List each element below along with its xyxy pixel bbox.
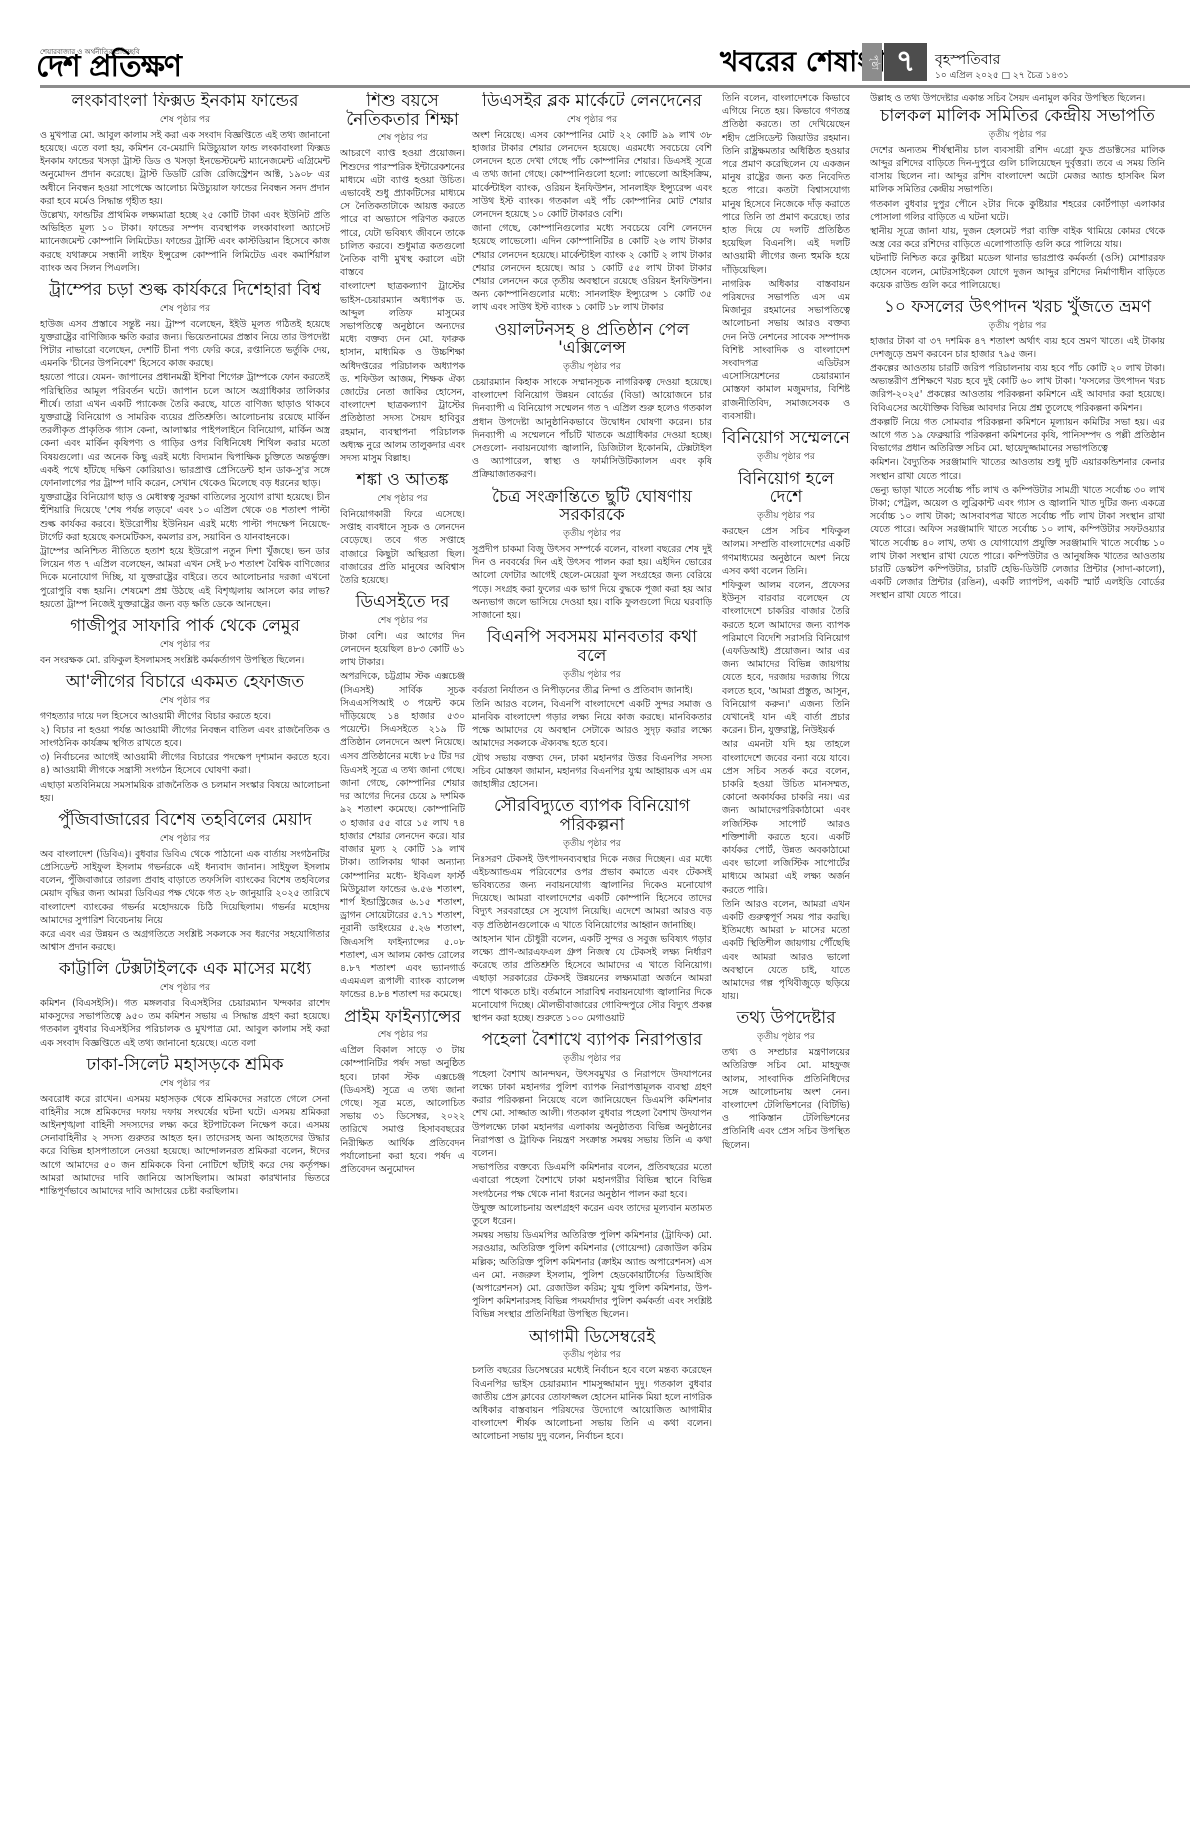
continuation-label: শেষ পৃষ্ঠার পর xyxy=(40,637,330,652)
paragraph: ও মুখপাত্র মো. আবুল কালাম সই করা এক সংবা… xyxy=(40,129,330,208)
article-investment-jobs[interactable]: বিনিয়োগ হলে দেশে তৃতীয় পৃষ্ঠার পর করছে… xyxy=(722,470,850,1004)
article-next-december[interactable]: আগামী ডিসেম্বরেই তৃতীয় পৃষ্ঠার পর চলতি … xyxy=(472,1328,712,1444)
headline[interactable]: বিএনপি সবসময় মানবতার কথা বলে xyxy=(472,628,712,665)
paragraph: পহেলা বৈশাখ আনন্দঘন, উৎসবমুখর ও নিরাপদে … xyxy=(472,1068,712,1160)
column-mid-right: তিনি বলেন, বাংলাদেশকে কিভাবে এগিয়ে নিতে… xyxy=(722,92,850,1837)
continuation-label: তৃতীয় পৃষ্ঠার পর xyxy=(870,318,1165,333)
continuation-label: শেষ পৃষ্ঠার পর xyxy=(40,112,330,127)
continuation-label: তৃতীয় পৃষ্ঠার পর xyxy=(722,449,850,464)
continuation-label: তৃতীয় পৃষ্ঠার পর xyxy=(722,508,850,523)
headline[interactable]: চৈত্র সংক্রান্তিতে ছুটি ঘোষণায় সরকারকে xyxy=(472,488,712,525)
paragraph: জানা গেছে, কোম্পানিগুলোর মধ্যে সবচেয়ে ব… xyxy=(472,222,712,314)
article-body: তিনি বলেন, বাংলাদেশকে কিভাবে এগিয়ে নিতে… xyxy=(722,92,850,423)
article-body: টাকা বেশি। এর আগের দিন লেনদেন হয়েছিল ৪৮… xyxy=(340,630,465,1002)
headline[interactable]: শঙ্কা ও আতঙ্ক xyxy=(340,471,465,490)
paragraph: অবরোধ করে রাখেন। এসময় মহাসড়ক থেকে শ্রম… xyxy=(40,1093,330,1199)
headline[interactable]: পহেলা বৈশাখে ব্যাপক নিরাপত্তার xyxy=(472,1031,712,1050)
article-lankabangla[interactable]: লংকাবাংলা ফিক্সড ইনকাম ফান্ডের শেষ পৃষ্ঠ… xyxy=(40,92,330,275)
paragraph: শফিকুল আলম বলেন, প্রফেসর ইউনূস বারবার বল… xyxy=(722,579,850,737)
paragraph: হয়তো পারে। যেমন- জাপানের প্রধানমন্ত্রী … xyxy=(40,371,330,490)
article-body: তথ্য ও সম্প্রচার মন্ত্রণালয়ের অতিরিক্ত … xyxy=(722,1046,850,1152)
article-walton-excellence[interactable]: ওয়ালটনসহ ৪ প্রতিষ্ঠান পেল 'এক্সিলেন্স ত… xyxy=(472,321,712,482)
paragraph: চেয়ারম্যান কিহাক সাংকে সম্মানসূচক নাগরি… xyxy=(472,376,712,482)
paragraph: প্রকল্পের আওতায় চারটি জরিপ পরিচালনায় ব… xyxy=(870,362,1165,415)
headline[interactable]: কাট্টালি টেক্সটাইলকে এক মাসের মধ্যে xyxy=(40,960,330,979)
paragraph: চলতি বছরের ডিসেম্বরের মধ্যেই নির্বাচন হব… xyxy=(472,1364,712,1443)
continuation-label: তৃতীয় পৃষ্ঠার পর xyxy=(472,667,712,682)
paragraph: গণহত্যার দায়ে দল হিসেবে আওয়ামী লীগের ব… xyxy=(40,710,330,723)
article-solar-investment[interactable]: সৌরবিদ্যুতে ব্যাপক বিনিয়োগ পরিকল্পনা তৃ… xyxy=(472,797,712,1025)
issue-date: ১০ এপ্রিল ২০২৫ □ ২৭ চৈত্র ১৪৩১ xyxy=(935,68,1069,83)
paragraph: উল্লেখ্য, ফান্ডটির প্রাথমিক লক্ষ্যমাত্রা… xyxy=(40,209,330,275)
paragraph: এছাড়া মতবিনিময়ে সমসাময়িক রাজনৈতিক ও চ… xyxy=(40,779,330,805)
paragraph: কমিশন। বৈদ্যুতিক সরঞ্জামাদি খাতের আওতায়… xyxy=(870,456,1165,482)
paragraph: সুপ্রদীপ চাকমা বিজু উৎসব সম্পর্কে বলেন, … xyxy=(472,543,712,622)
paragraph: টাকা বেশি। এর আগের দিন লেনদেন হয়েছিল ৪৮… xyxy=(340,630,465,670)
paragraph: তথ্য ও সম্প্রচার মন্ত্রণালয়ের অতিরিক্ত … xyxy=(722,1046,850,1152)
article-hefazat[interactable]: আ'লীগের বিচারে একমত হেফাজত শেষ পৃষ্ঠার প… xyxy=(40,673,330,805)
continuation-label: তৃতীয় পৃষ্ঠার পর xyxy=(472,1347,712,1362)
continuation-label: তৃতীয় পৃষ্ঠার পর xyxy=(472,526,712,541)
headline[interactable]: প্রাইম ফাইন্যান্সের xyxy=(340,1008,465,1027)
lead-line: উল্লাহ ও তথ্য উপদেষ্টার একান্ত সচিব সৈয়… xyxy=(870,92,1165,105)
paragraph: ৩) নির্বাচনের আগেই আওয়ামী লীগের বিচারের… xyxy=(40,751,330,777)
article-body: নিঃসরণ টেকসই উৎপাদনব্যবস্থার দিকে নজর দি… xyxy=(472,853,712,1026)
paragraph: ঘটনাটি নিশ্চিত করে কুষ্টিয়া মডেল থানার … xyxy=(870,252,1165,292)
paragraph: এপ্রিল বিকাল সাড়ে ৩ টায় কোম্পানিটির পর… xyxy=(340,1044,465,1176)
page-label: পৃষ্ঠা xyxy=(862,43,882,81)
continuation-label: তৃতীয় পৃষ্ঠার পর xyxy=(472,836,712,851)
paragraph: যৌথ সভায় বক্তব্য দেন, ঢাকা মহানগর উত্তর… xyxy=(472,752,712,792)
newspaper-logo[interactable]: দেশ প্রতিক্ষণ xyxy=(36,52,181,82)
paragraph: অব বাংলাদেশ (ডিবিএ)। বুধবার ডিবিএ থেকে প… xyxy=(40,848,330,927)
article-bnp-humanity[interactable]: বিএনপি সবসময় মানবতার কথা বলে তৃতীয় পৃষ… xyxy=(472,628,712,791)
article-dse-block-market[interactable]: ডিএসইর ব্লক মার্কেটে লেনদেনের শেষ পৃষ্ঠা… xyxy=(472,92,712,315)
headline[interactable]: ডিএসইতে দর xyxy=(340,593,465,612)
article-capital-market-fund[interactable]: পুঁজিবাজারের বিশেষ তহবিলের মেয়াদ শেষ পৃ… xyxy=(40,811,330,954)
article-body: করছেন প্রেস সচিব শফিকুল আলম। সম্প্রতি বা… xyxy=(722,525,850,1003)
article-body: গণহত্যার দায়ে দল হিসেবে আওয়ামী লীগের ব… xyxy=(40,710,330,805)
headline[interactable]: লংকাবাংলা ফিক্সড ইনকাম ফান্ডের xyxy=(40,92,330,111)
article-body: হাজার টাকা বা ৩৭ দশমিক ৪৭ শতাংশ অর্থাৎ ব… xyxy=(870,335,1165,603)
continuation-label: শেষ পৃষ্ঠার পর xyxy=(340,130,465,145)
paragraph: আহসান খান চৌধুরী বলেন, একটি সুন্দর ও সবু… xyxy=(472,933,712,1025)
paragraph: আর এমনটা যদি হয় তাহলে বাংলাদেশে জবের বন… xyxy=(722,738,850,896)
paragraph: যুক্তরাষ্ট্রের বিনিয়োগ ছাড় ও মেধাস্বত্… xyxy=(40,491,330,544)
paragraph: হাউজ এসব প্রস্তাবে সন্তুষ্ট নয়। ট্রাম্প… xyxy=(40,318,330,371)
page-number: ৭ xyxy=(884,43,927,81)
paragraph: তিনি আরও বলেন, বিএনপি বাংলাদেশে একটি সুন… xyxy=(472,698,712,751)
article-body: চলতি বছরের ডিসেম্বরের মধ্যেই নির্বাচন হব… xyxy=(472,1364,712,1443)
headline[interactable]: বিনিয়োগ হলে দেশে xyxy=(722,470,850,507)
paragraph: করছেন প্রেস সচিব শফিকুল আলম। সম্প্রতি বা… xyxy=(722,525,850,578)
continuation-label: শেষ পৃষ্ঠার পর xyxy=(340,613,465,628)
article-kattali-textile[interactable]: কাট্টালি টেক্সটাইলকে এক মাসের মধ্যে শেষ … xyxy=(40,960,330,1050)
headline[interactable]: আ'লীগের বিচারে একমত হেফাজত xyxy=(40,673,330,692)
article-body: এপ্রিল বিকাল সাড়ে ৩ টায় কোম্পানিটির পর… xyxy=(340,1044,465,1176)
article-body: অব বাংলাদেশ (ডিবিএ)। বুধবার ডিবিএ থেকে প… xyxy=(40,848,330,955)
article-body: বর্বরতা নির্যাতন ও নিপীড়নের তীব্র নিন্দ… xyxy=(472,684,712,792)
paragraph: করে এবং এর উন্নয়ন ও অগ্রগতিতে সংশ্লিষ্ট… xyxy=(40,928,330,954)
article-chaitra-holiday[interactable]: চৈত্র সংক্রান্তিতে ছুটি ঘোষণায় সরকারকে … xyxy=(472,488,712,623)
continuation-label: তৃতীয় পৃষ্ঠার পর xyxy=(472,359,712,374)
headline[interactable]: সৌরবিদ্যুতে ব্যাপক বিনিয়োগ পরিকল্পনা xyxy=(472,797,712,834)
article-body: চেয়ারম্যান কিহাক সাংকে সম্মানসূচক নাগরি… xyxy=(472,376,712,482)
continuation-label: শেষ পৃষ্ঠার পর xyxy=(40,693,330,708)
article-body: অংশ নিয়েছে। এসব কোম্পানির মোট ২২ কোটি ৯… xyxy=(472,129,712,315)
continuation-label: তৃতীয় পৃষ্ঠার পর xyxy=(472,1051,712,1066)
article-rice-mill-owners[interactable]: উল্লাহ ও তথ্য উপদেষ্টার একান্ত সচিব সৈয়… xyxy=(870,92,1165,292)
article-trump-tariff[interactable]: ট্রাম্পের চড়া শুল্ক কার্যকরে দিশেহারা ব… xyxy=(40,281,330,611)
article-body: আচরণে ব্যাপ্ত হওয়া প্রয়োজন। শিশুদের পা… xyxy=(340,147,465,465)
headline[interactable]: চালকল মালিক সমিতির কেন্দ্রীয় সভাপতি xyxy=(870,107,1165,126)
headline[interactable]: আগামী ডিসেম্বরেই xyxy=(472,1328,712,1347)
paragraph: আচরণে ব্যাপ্ত হওয়া প্রয়োজন। শিশুদের পা… xyxy=(340,147,465,279)
paragraph: হাজার টাকা বা ৩৭ দশমিক ৪৭ শতাংশ অর্থাৎ ব… xyxy=(870,335,1165,361)
article-safari-park[interactable]: গাজীপুর সাফারি পার্ক থেকে লেমুর শেষ পৃষ্… xyxy=(40,617,330,667)
column-center: ডিএসইর ব্লক মার্কেটে লেনদেনের শেষ পৃষ্ঠা… xyxy=(472,92,712,1837)
paragraph: ভেন্যু ভাড়া খাতে সর্বোচ্চ পাঁচ লাখ ও কম… xyxy=(870,484,1165,603)
article-info-adviser[interactable]: তথ্য উপদেষ্টার তৃতীয় পৃষ্ঠার পর তথ্য ও … xyxy=(722,1009,850,1151)
article-child-ethics[interactable]: শিশু বয়সে নৈতিকতার শিক্ষা শেষ পৃষ্ঠার প… xyxy=(340,92,465,465)
column-right: উল্লাহ ও তথ্য উপদেষ্টার একান্ত সচিব সৈয়… xyxy=(870,92,1165,1837)
paragraph: সমন্বয় সভায় ডিএমপির অতিরিক্ত পুলিশ কমি… xyxy=(472,1229,712,1321)
headline[interactable]: ১০ ফসলের উৎপাদন খরচ খুঁজতে ভ্রমণ xyxy=(870,298,1165,317)
article-body: বিনিয়োগকারী ফিরে এসেছে। সপ্তাহ ব্যবধানে… xyxy=(340,508,465,587)
paragraph: ট্রাম্পের অনিশ্চিত নীতিতে হতাশ হয়ে ইউরো… xyxy=(40,545,330,611)
continuation-label: শেষ পৃষ্ঠার পর xyxy=(340,1027,465,1042)
paragraph: কমিশন (বিএসইসি)। গত মঙ্গলবার বিএসইসির চে… xyxy=(40,997,330,1050)
article-body: দেশের অন্যতম শীর্ষস্থানীয় চাল ব্যবসায়ী… xyxy=(870,144,1165,292)
paragraph: বাংলাদেশ ছাত্রকল্যাণ ট্রাস্টের ভাইস-চেয়… xyxy=(340,280,465,465)
article-body: অবরোধ করে রাখেন। এসময় মহাসড়ক থেকে শ্রম… xyxy=(40,1093,330,1199)
article-body: কমিশন (বিএসইসি)। গত মঙ্গলবার বিএসইসির চে… xyxy=(40,997,330,1050)
masthead-divider xyxy=(40,85,1190,88)
paragraph: নাগরিক অধিকার বাস্তবায়ন পরিষদের সভাপতি … xyxy=(722,278,850,423)
article-body: সুপ্রদীপ চাকমা বিজু উৎসব সম্পর্কে বলেন, … xyxy=(472,543,712,622)
continuation-label: শেষ পৃষ্ঠার পর xyxy=(40,980,330,995)
column-left: লংকাবাংলা ফিক্সড ইনকাম ফান্ডের শেষ পৃষ্ঠ… xyxy=(40,92,330,1837)
headline[interactable]: ওয়ালটনসহ ৪ প্রতিষ্ঠান পেল 'এক্সিলেন্স xyxy=(472,321,712,358)
paragraph: নিঃসরণ টেকসই উৎপাদনব্যবস্থার দিকে নজর দি… xyxy=(472,853,712,932)
paragraph: প্রকল্পটি নিয়ে গত সোমবার পরিকল্পনা কমিশ… xyxy=(870,416,1165,456)
paragraph: বর্বরতা নির্যাতন ও নিপীড়নের তীব্র নিন্দ… xyxy=(472,684,712,697)
headline[interactable]: পুঁজিবাজারের বিশেষ তহবিলের মেয়াদ xyxy=(40,811,330,830)
headline[interactable]: শিশু বয়সে নৈতিকতার শিক্ষা xyxy=(340,92,465,129)
paragraph: সভাপতির বক্তব্যে ডিএমপি কমিশনার বলেন, প্… xyxy=(472,1161,712,1201)
article-boishakh-security[interactable]: পহেলা বৈশাখে ব্যাপক নিরাপত্তার তৃতীয় পৃ… xyxy=(472,1031,712,1322)
article-body: পহেলা বৈশাখ আনন্দঘন, উৎসবমুখর ও নিরাপদে … xyxy=(472,1068,712,1322)
headline[interactable]: তথ্য উপদেষ্টার xyxy=(722,1009,850,1028)
article-investment-summit[interactable]: বিনিয়োগ সম্মেলনে তৃতীয় পৃষ্ঠার পর xyxy=(722,429,850,464)
paragraph: অংশ নিয়েছে। এসব কোম্পানির মোট ২২ কোটি ৯… xyxy=(472,129,712,221)
article-dhaka-sylhet-highway[interactable]: ঢাকা-সিলেট মহাসড়কে শ্রমিক শেষ পৃষ্ঠার প… xyxy=(40,1056,330,1198)
article-body: ও মুখপাত্র মো. আবুল কালাম সই করা এক সংবা… xyxy=(40,129,330,275)
article-crop-cost-travel[interactable]: ১০ ফসলের উৎপাদন খরচ খুঁজতে ভ্রমণ তৃতীয় … xyxy=(870,298,1165,603)
article-dse-price[interactable]: ডিএসইতে দর শেষ পৃষ্ঠার পর টাকা বেশি। এর … xyxy=(340,593,465,1001)
paragraph: অপরদিকে, চট্টগ্রাম স্টক এক্সচেঞ্জ (সিএসই… xyxy=(340,670,465,762)
continuation-label: শেষ পৃষ্ঠার পর xyxy=(40,831,330,846)
headline[interactable]: ঢাকা-সিলেট মহাসড়কে শ্রমিক xyxy=(40,1056,330,1075)
paragraph: বন সংরক্ষক মো. রফিকুল ইসলামসহ সংশ্লিষ্ট … xyxy=(40,654,330,667)
headline[interactable]: ট্রাম্পের চড়া শুল্ক কার্যকরে দিশেহারা ব… xyxy=(40,281,330,300)
continuation-label: শেষ পৃষ্ঠার পর xyxy=(40,301,330,316)
section-title: খবরের শেষাংশ xyxy=(720,48,886,76)
headline[interactable]: গাজীপুর সাফারি পার্ক থেকে লেমুর xyxy=(40,617,330,636)
article-body: বন সংরক্ষক মো. রফিকুল ইসলামসহ সংশ্লিষ্ট … xyxy=(40,654,330,667)
paragraph: তিনি বলেন, বাংলাদেশকে কিভাবে এগিয়ে নিতে… xyxy=(722,92,850,277)
paragraph: ২) বিচার না হওয়া পর্যন্ত আওয়ামী লীগের … xyxy=(40,724,330,750)
article-body: হাউজ এসব প্রস্তাবে সন্তুষ্ট নয়। ট্রাম্প… xyxy=(40,318,330,611)
paragraph: ডিএসই সূত্রে এ তথ্য জানা গেছে। জানা গেছে… xyxy=(340,764,465,1002)
headline[interactable]: বিনিয়োগ সম্মেলনে xyxy=(722,429,850,448)
paragraph: তিনি আরও বলেন, আমরা এখন একটি গুরুত্বপূর্… xyxy=(722,898,850,1004)
paragraph: উন্মুক্ত আলোচনায় অংশগ্রহণ করেন এবং তাদে… xyxy=(472,1202,712,1228)
continuation-label: তৃতীয় পৃষ্ঠার পর xyxy=(722,1029,850,1044)
column-mid-left: শিশু বয়সে নৈতিকতার শিক্ষা শেষ পৃষ্ঠার প… xyxy=(340,92,465,1837)
continuation-label: শেষ পৃষ্ঠার পর xyxy=(40,1076,330,1091)
paragraph: দেশের অন্যতম শীর্ষস্থানীয় চাল ব্যবসায়ী… xyxy=(870,144,1165,197)
headline[interactable]: ডিএসইর ব্লক মার্কেটে লেনদেনের xyxy=(472,92,712,111)
paragraph: গতকাল বুধবার দুপুর পৌনে ২টার দিকে কুষ্টি… xyxy=(870,198,1165,224)
paragraph: বিনিয়োগকারী ফিরে এসেছে। সপ্তাহ ব্যবধানে… xyxy=(340,508,465,587)
continuation-label: শেষ পৃষ্ঠার পর xyxy=(472,112,712,127)
article-prime-finance[interactable]: প্রাইম ফাইন্যান্সের শেষ পৃষ্ঠার পর এপ্রি… xyxy=(340,1008,465,1177)
article-fear-panic[interactable]: শঙ্কা ও আতঙ্ক শেষ পৃষ্ঠার পর বিনিয়োগকার… xyxy=(340,471,465,587)
continuation-label: শেষ পৃষ্ঠার পর xyxy=(340,491,465,506)
article-ziaur-rahman-continuation[interactable]: তিনি বলেন, বাংলাদেশকে কিভাবে এগিয়ে নিতে… xyxy=(722,92,850,423)
continuation-label: তৃতীয় পৃষ্ঠার পর xyxy=(870,127,1165,142)
masthead: শেয়ারবাজার ও অর্থনীতির প্রতিচ্ছবি দেশ প… xyxy=(0,0,1200,82)
paragraph: স্থানীয় সূত্রে জানা যায়, দুজন হেলমেট প… xyxy=(870,225,1165,251)
